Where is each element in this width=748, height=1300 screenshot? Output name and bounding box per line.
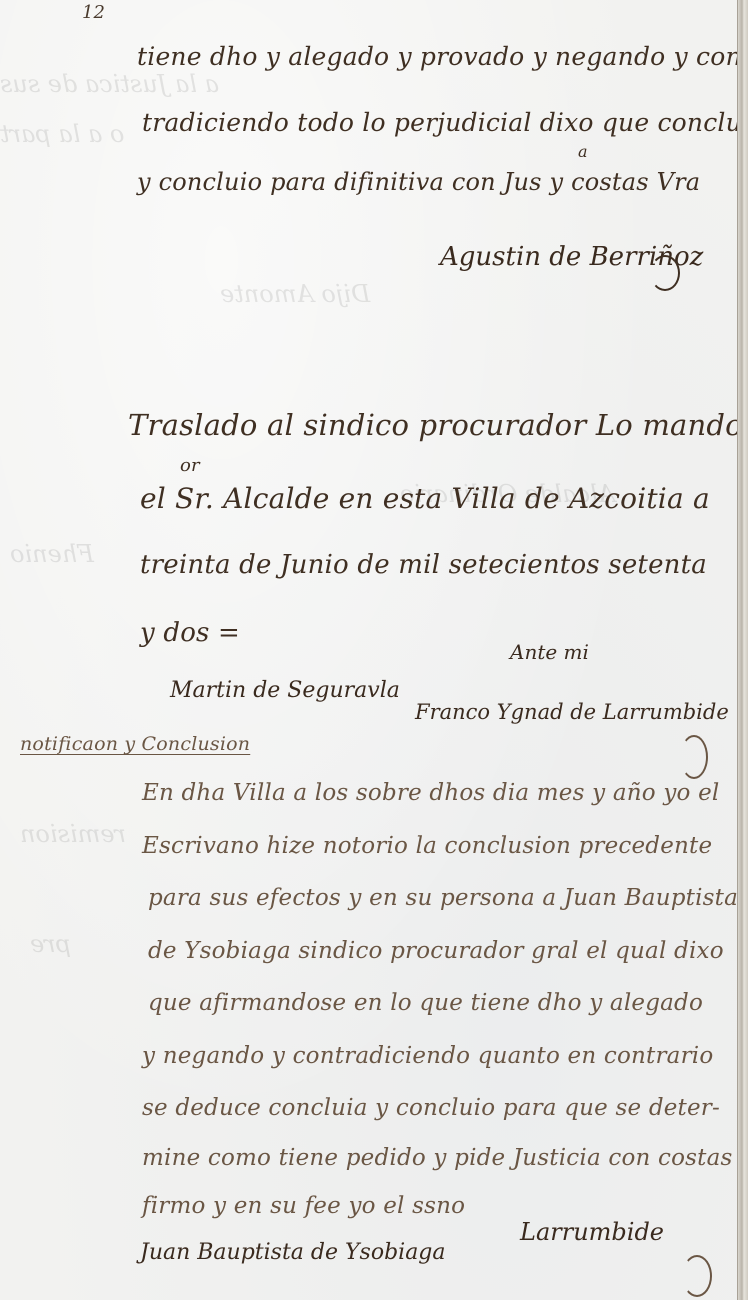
- bleed-through-text: pre: [30, 930, 71, 958]
- text-line: que afirmandose en lo que tiene dho y al…: [148, 990, 703, 1016]
- bleed-through-text: a la Justica de sus: [0, 70, 219, 98]
- superscript: or: [180, 455, 200, 476]
- text-line: Escrivano hize notorio la conclusion pre…: [142, 833, 712, 859]
- page-edge: [737, 0, 748, 1300]
- text-line: y dos =: [140, 618, 240, 648]
- bleed-through-text: Fhenio: [10, 540, 94, 568]
- signature-rubric: [650, 255, 680, 291]
- bleed-through-text: Dijo Amonte: [220, 280, 370, 308]
- text-line: treinta de Junio de mil setecientos sete…: [140, 550, 707, 580]
- text-line: mine como tiene pedido y pide Justicia c…: [142, 1145, 733, 1171]
- bleed-through-text: remision: [20, 820, 126, 848]
- signature-martin: Martin de Seguravla: [170, 678, 400, 703]
- text-line: En dha Villa a los sobre dhos dia mes y …: [142, 780, 719, 806]
- signature-francisco: Franco Ygnad de Larrumbide: [415, 700, 729, 724]
- superscript: a: [578, 142, 588, 161]
- text-line: para sus efectos y en su persona a Juan …: [148, 885, 738, 911]
- text-line: el Sr. Alcalde en esta Villa de Azcoitia…: [140, 482, 710, 515]
- text-line: tradiciendo todo lo perjudicial dixo que…: [142, 108, 748, 137]
- text-line: y negando y contradiciendo quanto en con…: [142, 1043, 713, 1069]
- text-line: firmo y en su fee yo el ssno: [142, 1193, 465, 1219]
- folio-number: 12: [82, 2, 105, 23]
- bleed-through-text: o a la part: [0, 120, 124, 148]
- text-line: de Ysobiaga sindico procurador gral el q…: [148, 938, 724, 964]
- text-line: Traslado al sindico procurador Lo mando: [128, 408, 743, 442]
- text-line: y concluio para difinitiva con Jus y cos…: [137, 168, 700, 196]
- manuscript-page: a la Justica de sus o a la part Dijo Amo…: [0, 0, 738, 1300]
- text-line: tiene dho y alegado y provado y negando …: [137, 42, 742, 71]
- signature-larrumbide: Larrumbide: [520, 1218, 664, 1246]
- text-line: se deduce concluia y concluio para que s…: [142, 1095, 720, 1121]
- ante-mi-text: Ante mi: [510, 640, 589, 664]
- margin-note: notificaon y Conclusion: [20, 733, 250, 755]
- signature-juan-bautista: Juan Bauptista de Ysobiaga: [140, 1240, 446, 1265]
- signature-rubric: [680, 735, 708, 779]
- signature-rubric: [682, 1255, 712, 1297]
